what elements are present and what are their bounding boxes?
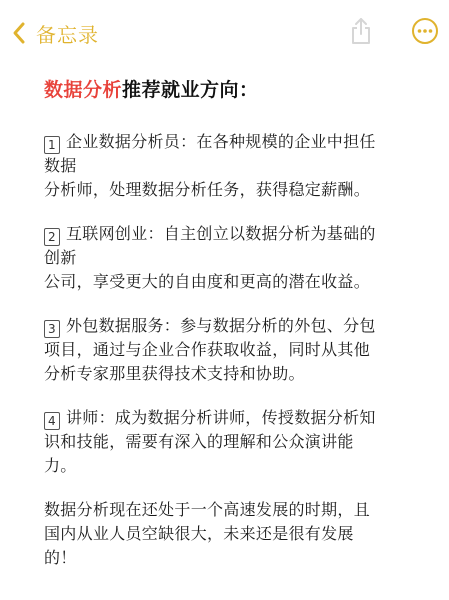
number-badge-2: 2 <box>44 228 60 246</box>
number-badge-4: 4 <box>44 412 60 430</box>
list-item-3-line-2: 项目，通过与企业合作获取收益，同时从其他 <box>44 338 376 362</box>
back-label: 备忘录 <box>36 19 99 48</box>
navigation-bar: 备忘录 <box>0 0 449 66</box>
ellipsis-circle-icon <box>411 17 439 49</box>
number-badge-3: 3 <box>44 320 60 338</box>
list-item-4-line-3: 力。 <box>44 454 376 478</box>
conclusion-line-1: 数据分析现在还处于一个高速发展的时期，且 <box>44 498 370 522</box>
list-item-3-line-3: 分析专家那里获得技术支持和协助。 <box>44 362 376 386</box>
list-item-2: 2互联网创业：自主创立以数据分析为基础的 创新 公司，享受更大的自由度和更高的潜… <box>44 222 376 294</box>
chevron-left-icon <box>8 18 30 48</box>
list-item-2-line-2: 创新 <box>44 246 376 270</box>
list-item-3: 3外包数据服务：参与数据分析的外包、分包 项目，通过与企业合作获取收益，同时从其… <box>44 314 376 386</box>
list-item-4-line-2: 识和技能，需要有深入的理解和公众演讲能 <box>44 430 376 454</box>
more-options-button[interactable] <box>411 19 439 47</box>
list-item-3-line-1: 外包数据服务：参与数据分析的外包、分包 <box>66 316 376 335</box>
note-body[interactable]: 数据分析推荐就业方向： 1企业数据分析员：在各种规模的企业中担任 数据 分析师，… <box>44 76 404 104</box>
list-item-1-line-3: 分析师，处理数据分析任务，获得稳定薪酬。 <box>44 178 376 202</box>
note-title: 数据分析推荐就业方向： <box>44 76 404 104</box>
share-icon <box>349 17 373 49</box>
number-badge-1: 1 <box>44 136 60 154</box>
conclusion-line-3: 的！ <box>44 546 370 570</box>
list-item-1: 1企业数据分析员：在各种规模的企业中担任 数据 分析师，处理数据分析任务，获得稳… <box>44 130 376 202</box>
conclusion-paragraph: 数据分析现在还处于一个高速发展的时期，且 国内从业人员空缺很大，未来还是很有发展… <box>44 498 370 570</box>
list-item-2-line-1: 互联网创业：自主创立以数据分析为基础的 <box>66 224 376 243</box>
list-item-4: 4讲师：成为数据分析讲师，传授数据分析知 识和技能，需要有深入的理解和公众演讲能… <box>44 406 376 478</box>
list-item-1-line-2: 数据 <box>44 154 376 178</box>
list-item-2-line-3: 公司，享受更大的自由度和更高的潜在收益。 <box>44 270 376 294</box>
back-button[interactable]: 备忘录 <box>8 18 99 48</box>
conclusion-line-2: 国内从业人员空缺很大，未来还是很有发展 <box>44 522 370 546</box>
note-title-rest: 推荐就业方向： <box>122 79 259 101</box>
note-title-accent: 数据分析 <box>44 79 122 101</box>
share-button[interactable] <box>348 18 374 48</box>
list-item-4-line-1: 讲师：成为数据分析讲师，传授数据分析知 <box>66 408 376 427</box>
list-item-1-line-1: 企业数据分析员：在各种规模的企业中担任 <box>66 132 376 151</box>
